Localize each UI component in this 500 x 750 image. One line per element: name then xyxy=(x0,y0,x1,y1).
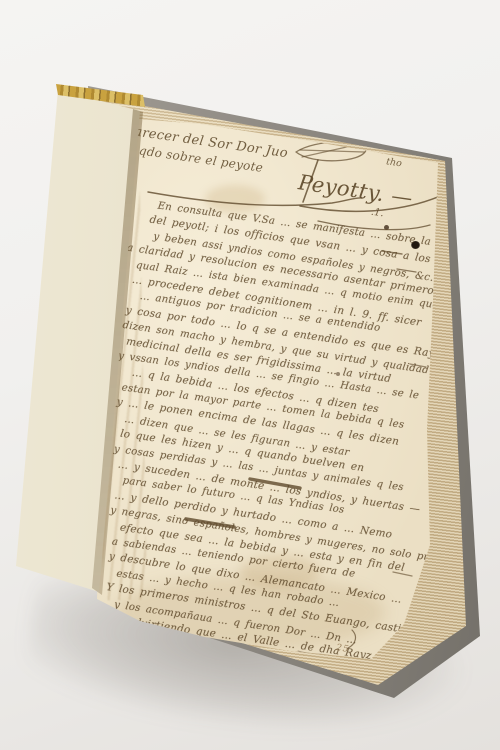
folio-number: .1. xyxy=(370,207,384,220)
edge-inscription: 25 xyxy=(335,643,350,655)
photograph: Parecer del Sor Dor Juo del qdo sobre el… xyxy=(0,0,500,750)
peyote-annotation: Peyotty. — xyxy=(297,170,415,210)
heading-superscript: tho xyxy=(385,156,402,169)
